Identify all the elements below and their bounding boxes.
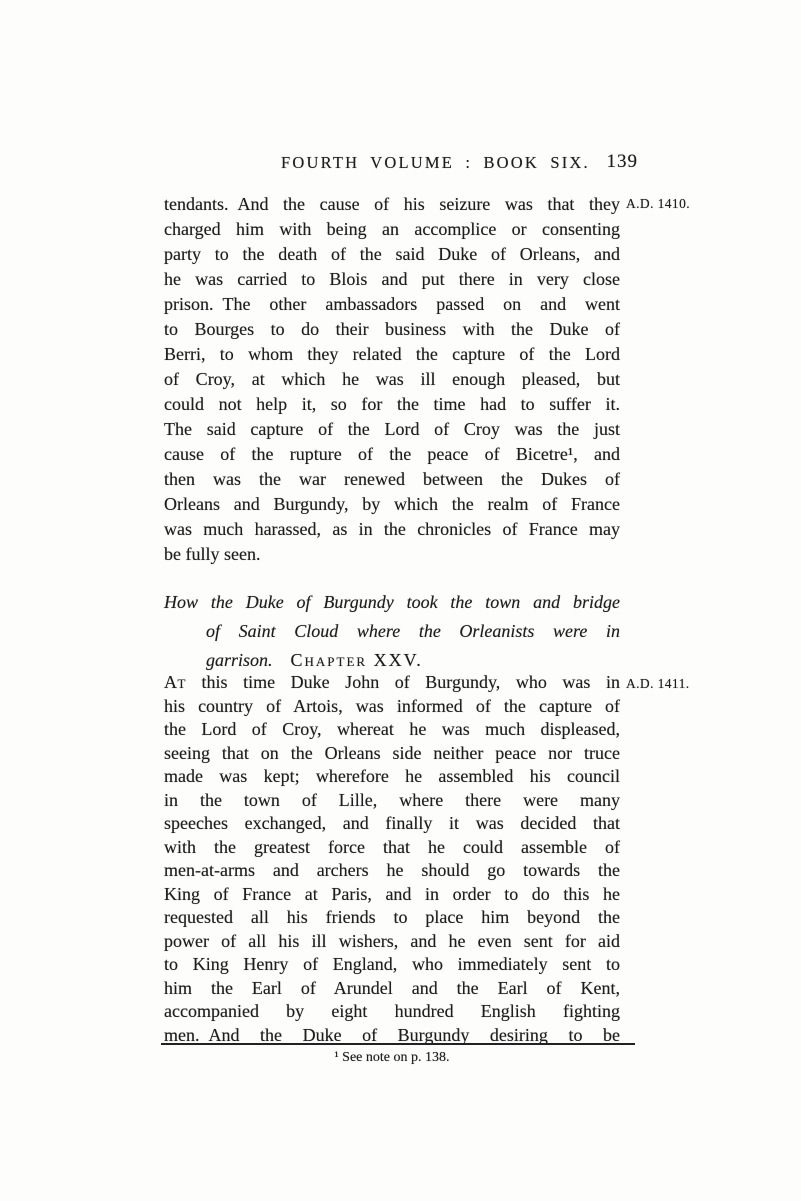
paragraph-continuation: tendants. And the cause of his seizure w… bbox=[164, 192, 620, 567]
text-line: seeing that on the Orleans side neither … bbox=[164, 742, 620, 766]
text-line: King of France at Paris, and in order to… bbox=[164, 883, 620, 907]
text-line: him the Earl of Arundel and the Earl of … bbox=[164, 977, 620, 1001]
text-line: he was carried to Blois and put there in… bbox=[164, 267, 620, 292]
paragraph-chapter-25: At this time Duke John of Burgundy, who … bbox=[164, 671, 620, 1047]
text-line: tendants. And the cause of his seizure w… bbox=[164, 192, 620, 217]
text-line: Orleans and Burgundy, by which the realm… bbox=[164, 492, 620, 517]
text-line: be fully seen. bbox=[164, 542, 620, 567]
text-line: his country of Artois, was informed of t… bbox=[164, 695, 620, 719]
text-segment: garrison. bbox=[206, 650, 291, 670]
footnote: ¹ See note on p. 138. bbox=[164, 1050, 620, 1066]
header-title: FOURTH VOLUME : BOOK SIX. bbox=[281, 153, 590, 173]
footnote-rule bbox=[161, 1043, 635, 1045]
text-line: then was the war renewed between the Duk… bbox=[164, 467, 620, 492]
text-line: Berri, to whom they related the capture … bbox=[164, 342, 620, 367]
text-line: requested all his friends to place him b… bbox=[164, 906, 620, 930]
text-line: party to the death of the said Duke of O… bbox=[164, 242, 620, 267]
chapter-heading: How the Duke of Burgundy took the town a… bbox=[164, 588, 620, 675]
text-line: At this time Duke John of Burgundy, who … bbox=[164, 671, 620, 695]
text-line: made was kept; wherefore he assembled hi… bbox=[164, 765, 620, 789]
text-line: How the Duke of Burgundy took the town a… bbox=[164, 588, 620, 617]
text-line: the Lord of Croy, whereat he was much di… bbox=[164, 718, 620, 742]
text-line: speeches exchanged, and finally it was d… bbox=[164, 812, 620, 836]
text-line: prison. The other ambassadors passed on … bbox=[164, 292, 620, 317]
text-line: charged him with being an accomplice or … bbox=[164, 217, 620, 242]
text-line: to Bourges to do their business with the… bbox=[164, 317, 620, 342]
margin-note-1411: A.D. 1411. bbox=[626, 676, 716, 692]
text-line: cause of the rupture of the peace of Bic… bbox=[164, 442, 620, 467]
text-line: The said capture of the Lord of Croy was… bbox=[164, 417, 620, 442]
text-line: power of all his ill wishers, and he eve… bbox=[164, 930, 620, 954]
small-caps-text: Chapter XXV. bbox=[291, 650, 423, 670]
text-line: in the town of Lille, where there were m… bbox=[164, 789, 620, 813]
page-number: 139 bbox=[607, 151, 639, 173]
small-caps-text: At bbox=[164, 672, 186, 692]
text-line: of Saint Cloud where the Orleanists were… bbox=[164, 617, 620, 646]
running-header: FOURTH VOLUME : BOOK SIX. 139 bbox=[164, 153, 640, 179]
book-page: FOURTH VOLUME : BOOK SIX. 139 A.D. 1410.… bbox=[0, 0, 801, 1201]
text-segment: this time Duke John of Burgundy, who was… bbox=[186, 672, 620, 692]
margin-note-1410: A.D. 1410. bbox=[626, 196, 716, 212]
footnote-text: ¹ See note on p. 138. bbox=[334, 1050, 449, 1065]
text-line: of Croy, at which he was ill enough plea… bbox=[164, 367, 620, 392]
text-line: was much harassed, as in the chronicles … bbox=[164, 517, 620, 542]
text-line: could not help it, so for the time had t… bbox=[164, 392, 620, 417]
text-line: men-at-arms and archers he should go tow… bbox=[164, 859, 620, 883]
text-line: to King Henry of England, who immediatel… bbox=[164, 953, 620, 977]
text-line: accompanied by eight hundred English fig… bbox=[164, 1000, 620, 1024]
text-line: with the greatest force that he could as… bbox=[164, 836, 620, 860]
